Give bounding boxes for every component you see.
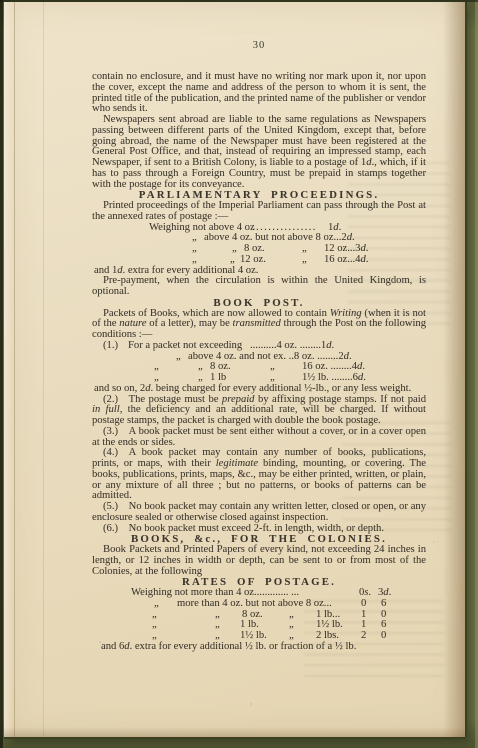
ditto-mark: „: [176, 352, 181, 363]
ditto-mark: „: [230, 255, 235, 266]
page-right-edge-shadow: [443, 2, 465, 737]
page-bottom-edge-shadow: [4, 727, 465, 737]
ditto-mark: „: [152, 631, 157, 642]
rate-label: 12 oz.: [240, 255, 266, 266]
ditto-mark: „: [198, 373, 203, 384]
page-number: 30: [92, 40, 426, 51]
rate-label: 1½ lb.: [240, 631, 267, 642]
paragraph-prepayment: Pre-payment, when the circulation is wit…: [92, 276, 426, 298]
page-gutter-crease: [14, 2, 15, 737]
page-left-edge-highlight: [4, 2, 14, 737]
paragraph-colonies-intro: Book Packets and Printed Papers of every…: [92, 545, 426, 577]
colonial-rate-row-5: „ „ 1½ lb. „ 2 lbs. 2 0: [92, 631, 426, 642]
ditto-mark: „: [192, 255, 197, 266]
rate-label: 2 lbs.: [316, 631, 339, 642]
page: 30 contain no enclosure, and it must hav…: [4, 2, 465, 737]
page-content: contain no enclosure, and it must have n…: [92, 72, 426, 653]
rate-item-number: (1.): [103, 341, 118, 352]
book-rate-row-4: „ „ 1 lb „ 1½ lb. ........6d.: [92, 373, 426, 384]
parl-rate-row-4: „ „ 12 oz. „ 16 oz...4d.: [92, 255, 426, 266]
ditto-mark: „: [270, 373, 275, 384]
ditto-mark: „: [154, 599, 159, 610]
rate-pence: 0: [381, 631, 386, 642]
rate-label: more than 4 oz. but not above 8 oz...: [177, 599, 332, 610]
colonial-rate-extra-note: and 6d. extra for every additional ½ lb.…: [92, 642, 426, 653]
paragraph-condition-4: (4.) A book packet may contain any numbe…: [92, 448, 426, 502]
rate-shillings: 2: [361, 631, 366, 642]
paragraph-parliamentary-intro: Printed proceedings of the Imperial Parl…: [92, 201, 426, 223]
ditto-mark: „: [289, 631, 294, 642]
ditto-mark: „: [302, 255, 307, 266]
paragraph-condition-3: (3.) A book packet must be sent either w…: [92, 427, 426, 449]
paragraph-condition-2: (2.) The postage must be prepaid by affi…: [92, 395, 426, 427]
ditto-mark: „: [215, 631, 220, 642]
colonial-rate-row-3: „ „ 8 oz. „ 1 lb... 1 0: [92, 610, 426, 621]
book-rate-row-2: „ above 4 oz. and not ex. ..8 oz. ......…: [92, 352, 426, 363]
rate-label: 1½ lb. ........6d.: [302, 373, 366, 384]
paragraph-condition-5: (5.) No book packet may contain any writ…: [92, 502, 426, 524]
colonial-rate-row-2: „ more than 4 oz. but not above 8 oz... …: [92, 599, 426, 610]
book-rate-row-3: „ „ 8 oz. „ 16 oz. ........4d.: [92, 362, 426, 373]
paragraph-newspapers-abroad: Newspapers sent abroad are liable to the…: [92, 115, 426, 190]
rate-label: 16 oz...4d.: [324, 255, 368, 266]
paragraph-enclosure-rules: contain no enclosure, and it must have n…: [92, 72, 426, 115]
rate-label: 1 lb: [210, 373, 226, 384]
scanned-book-page: 30 contain no enclosure, and it must hav…: [0, 0, 478, 748]
page-gutter-crease-faint: [43, 2, 44, 737]
paragraph-book-post-intro: Packets of Books, which are now allowed …: [92, 309, 426, 341]
ditto-mark: „: [154, 373, 159, 384]
